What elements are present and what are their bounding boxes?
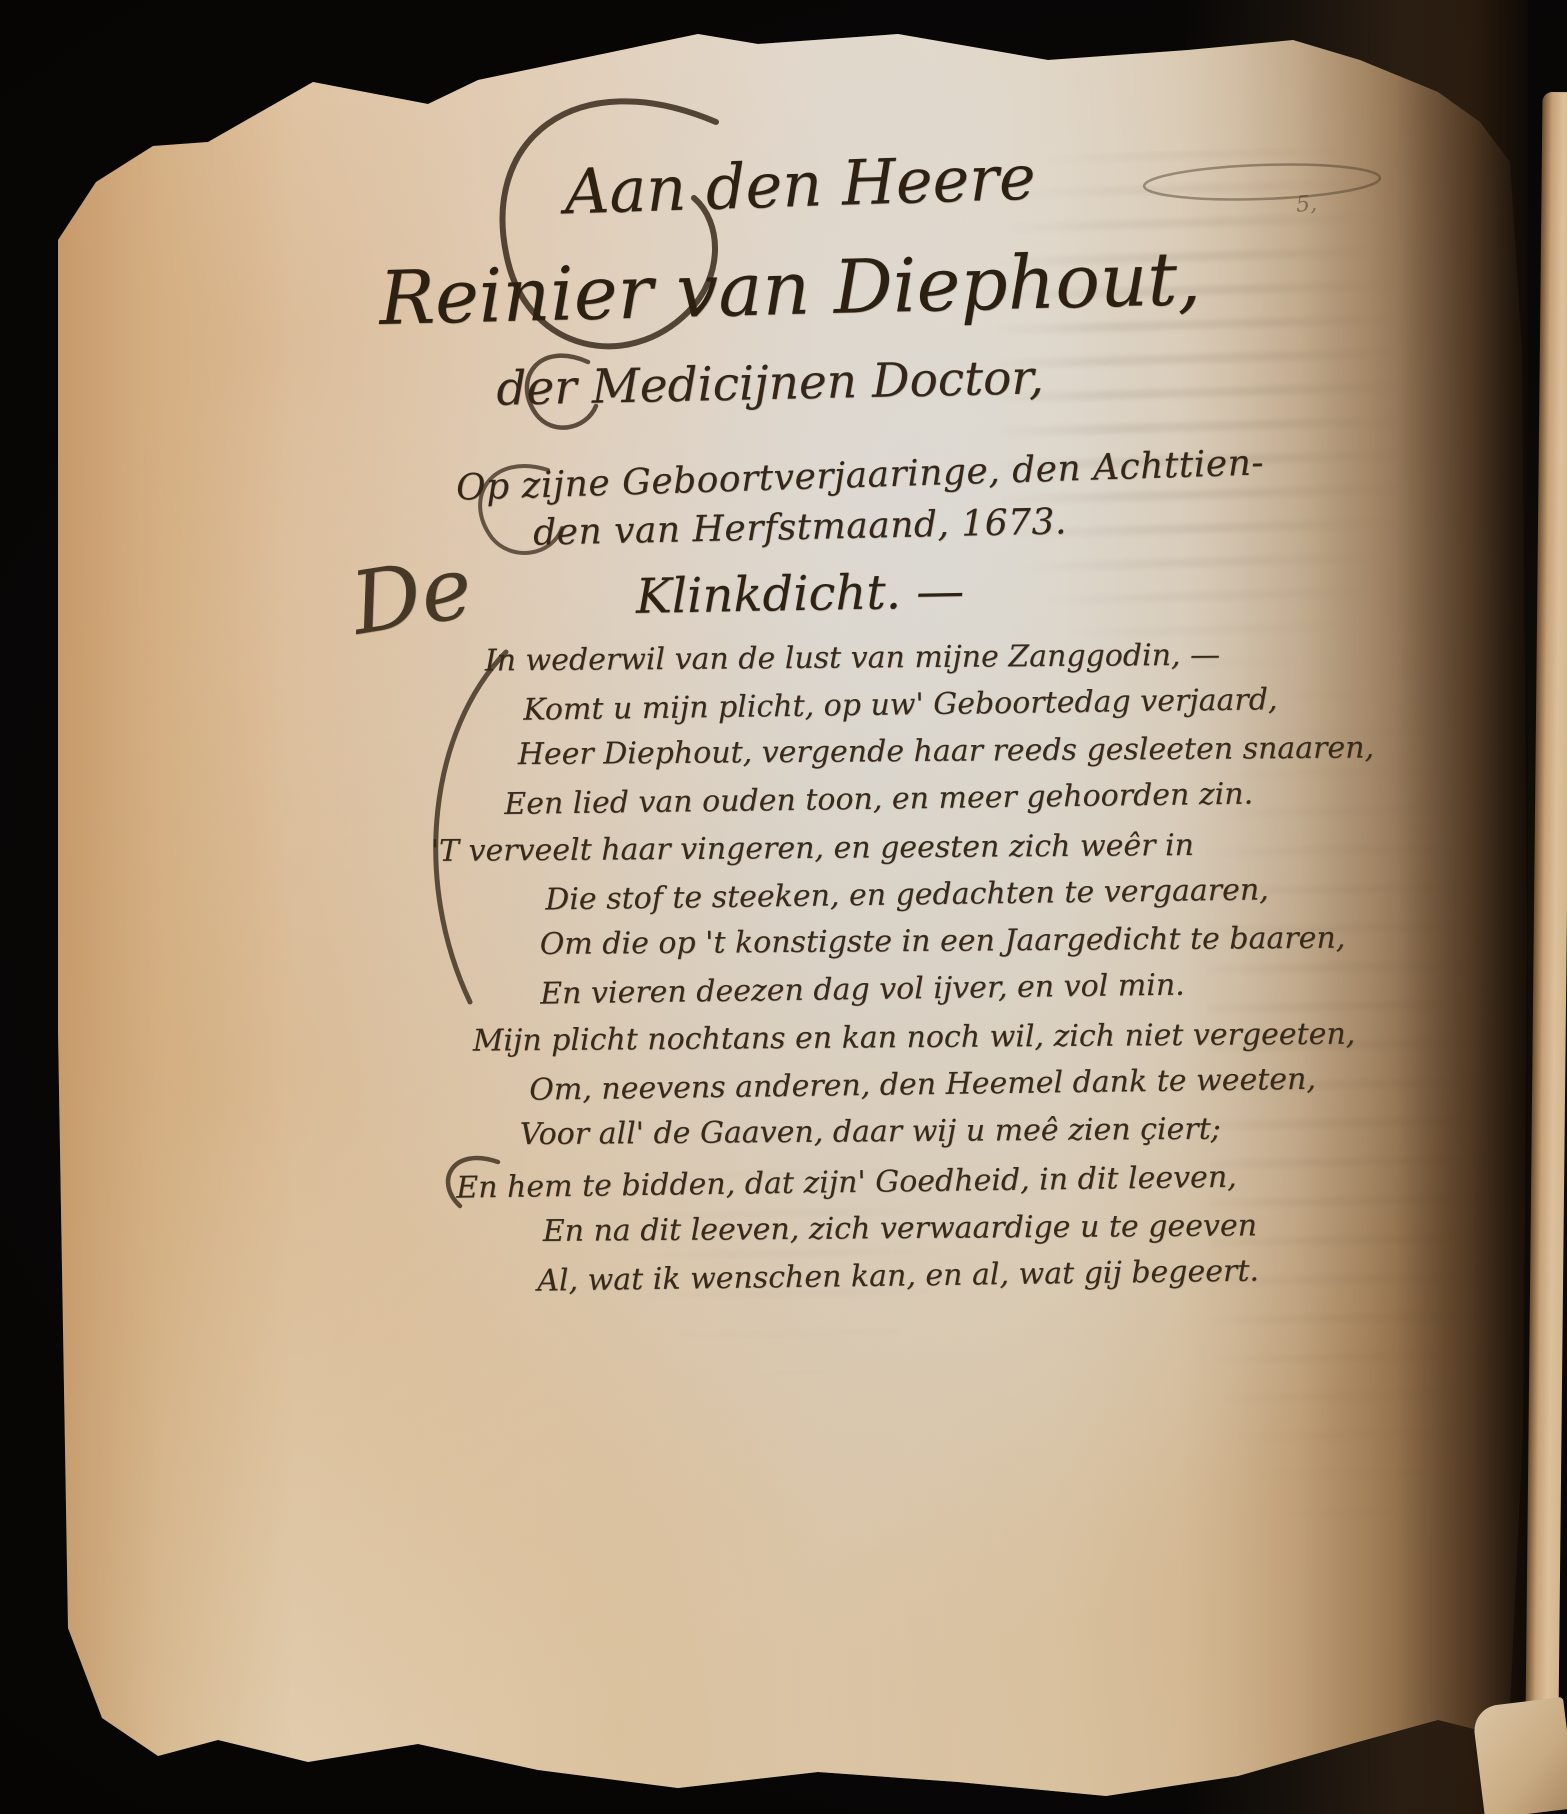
- poem-line: Voor all' de Gaaven, daar wij u meê zien…: [520, 1104, 1392, 1158]
- book-fore-edge: [58, 150, 186, 1800]
- margin-flourish-text: De: [345, 537, 479, 655]
- photo-background: Aan den Heere Reinier van Diephout, der …: [0, 0, 1567, 1814]
- poem-line: Een lied van ouden toon, en meer gehoord…: [504, 769, 1389, 828]
- facing-page-corner: [1472, 1697, 1567, 1814]
- ghost-annotation: 5,: [1295, 191, 1318, 217]
- poem-line: En vieren deezen dag vol ijver, en vol m…: [540, 959, 1391, 1018]
- poem-heading: Klinkdicht. —: [520, 561, 1081, 627]
- facing-page-edge: [1525, 92, 1567, 1722]
- sonnet-body: In wederwil van de lust van mijne Zanggo…: [467, 629, 1394, 1304]
